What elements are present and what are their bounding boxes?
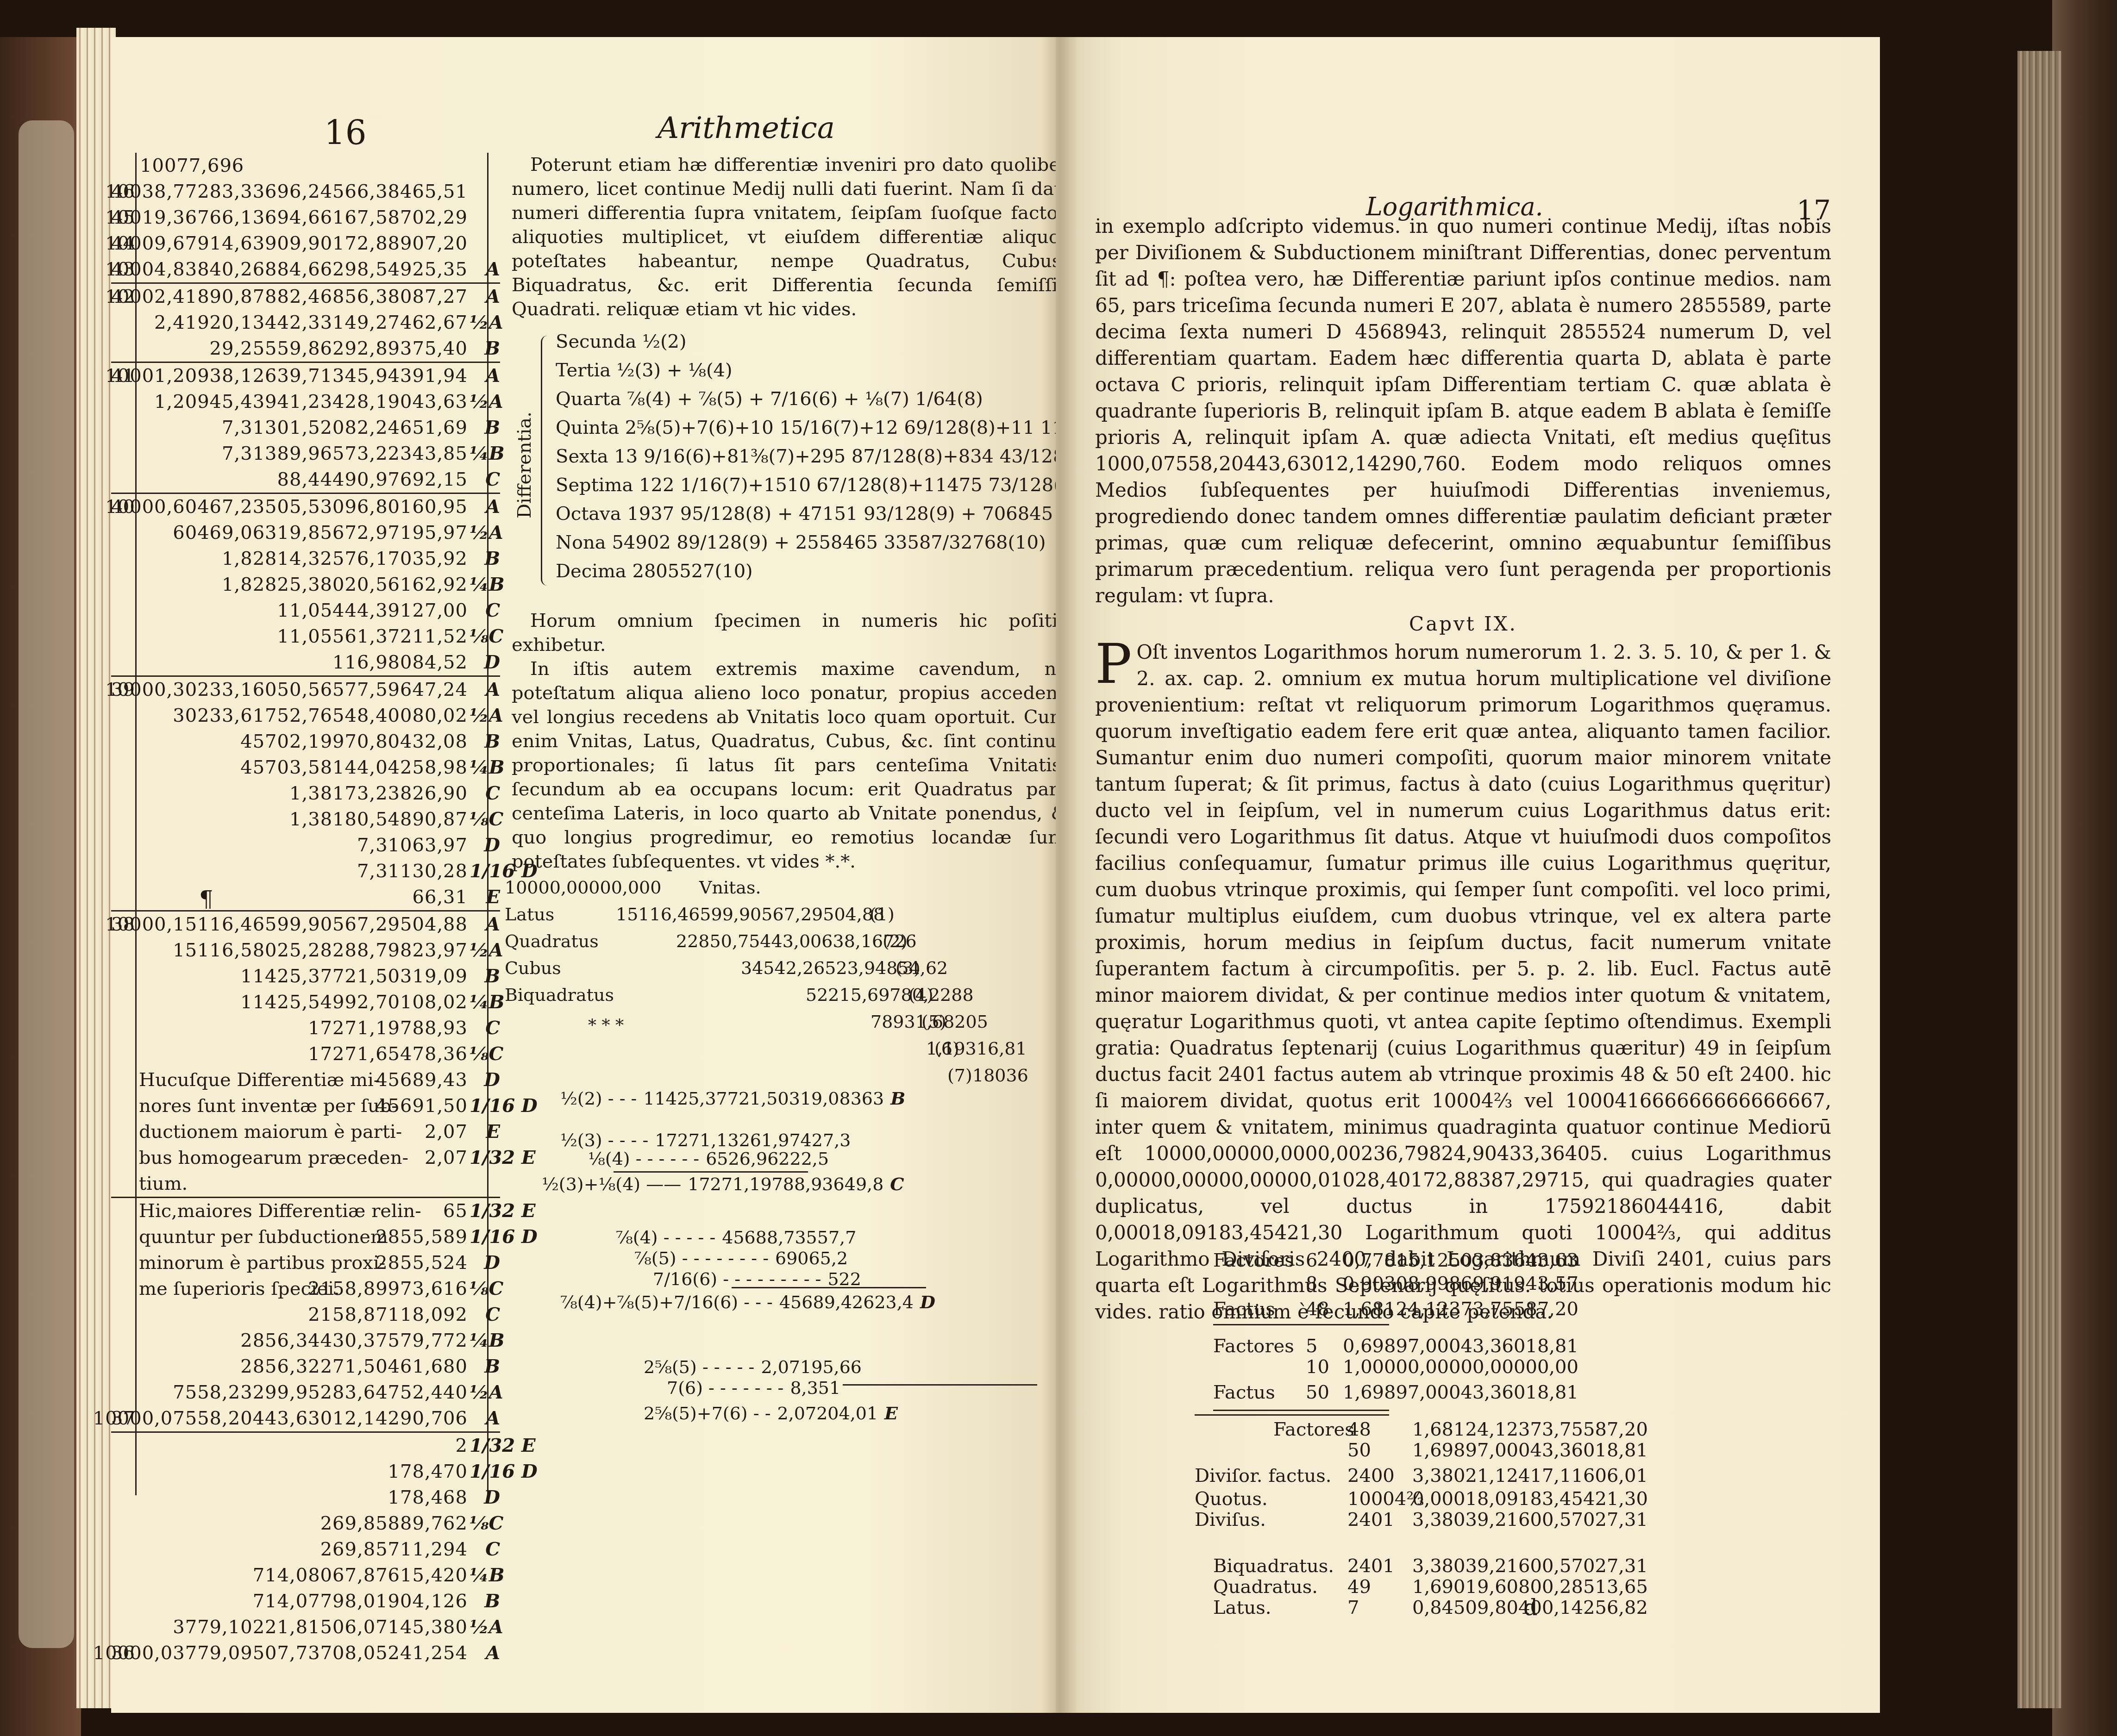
- paragraph-2: Oſt inventos Logarithmos horum numerorum…: [1095, 641, 1831, 1323]
- row-value: 10000,60467,23505,53096,80160,95: [105, 494, 468, 520]
- table-row: 3710000,07558,20443,63012,14290,706A: [111, 1405, 500, 1431]
- log-number: 50: [1347, 1440, 1371, 1461]
- row-value: 65: [443, 1198, 468, 1224]
- row-label: ⅛C: [470, 1511, 500, 1536]
- log-label: Quotus.: [1195, 1488, 1268, 1510]
- calc-expr: ½(3) - - - -: [560, 1130, 648, 1150]
- running-head-left: Arithmetica: [658, 111, 835, 145]
- row-value: 30233,61752,76548,40080,02: [173, 703, 468, 729]
- intro-paragraph: Poterunt etiam hæ differentiæ inveniri p…: [512, 153, 1067, 321]
- row-label: A: [470, 284, 500, 310]
- log-number: 49: [1347, 1576, 1371, 1598]
- row-label: B: [470, 963, 500, 989]
- differences-table: 10077,6964610038,77283,33696,24566,38465…: [111, 153, 500, 1666]
- page-number-left: 16: [324, 113, 367, 152]
- power-value: 52215,69780,2288: [806, 985, 974, 1005]
- drop-cap: P: [1095, 641, 1132, 687]
- log-number: 5: [1306, 1336, 1317, 1357]
- row-note: Hic,maiores Differentiæ relin-: [139, 1198, 421, 1224]
- row-label: D: [470, 1250, 500, 1276]
- row-label: 1/16 D: [470, 1093, 500, 1119]
- row-value: 1,38180,54890,87: [289, 806, 468, 832]
- calculation-row: 7/16(6) - - - - - - - - -522: [653, 1268, 874, 1289]
- table-row: 4010000,60467,23505,53096,80160,95A: [111, 493, 500, 520]
- calc-label: B: [890, 1088, 905, 1109]
- row-label: A: [470, 912, 500, 937]
- calculation-row: ⅞(5) - - - - - - - -69065,2: [634, 1248, 861, 1268]
- log-value: 1,68124,12373,75587,20: [1412, 1419, 1648, 1440]
- row-label: B: [470, 729, 500, 755]
- table-row: 269,85711,294C: [111, 1536, 500, 1562]
- calc-expr: ⅞(4)+⅞(5)+7/16(6) - - -: [560, 1292, 773, 1312]
- row-label: ¼B: [470, 572, 500, 598]
- log-label: Quadratus.: [1213, 1576, 1318, 1598]
- power-value: 10000,00000,000: [505, 877, 661, 898]
- row-label: C: [470, 781, 500, 806]
- table-row: 66,31E: [111, 884, 500, 910]
- calc-expr: ½(3)+⅛(4) ——: [542, 1174, 681, 1194]
- row-value: 11425,54992,70108,02: [240, 989, 468, 1015]
- row-value: 2158,87118,092: [308, 1302, 468, 1328]
- power-name: Biquadratus: [505, 985, 614, 1005]
- book-cover-left: [0, 37, 81, 1736]
- log-value: 1,69897,00043,36018,81: [1343, 1382, 1578, 1403]
- row-label: D: [470, 1485, 500, 1511]
- in-istis-text: In iſtis autem extremis maxime cavendum,…: [512, 657, 1067, 874]
- row-label: A: [470, 256, 500, 282]
- power-name: Quadratus: [505, 931, 599, 951]
- book-cover-right: [2052, 0, 2117, 1736]
- table-row: 88,44490,97692,15C: [111, 467, 500, 493]
- calculation-row: ½(3)+⅛(4) ——17271,19788,93649,8C: [542, 1174, 911, 1194]
- row-label: ⅛C: [470, 1276, 500, 1302]
- sum-rule: [1213, 1410, 1389, 1411]
- row-value: 178,468: [388, 1485, 468, 1511]
- table-row: 4610038,77283,33696,24566,38465,51: [111, 179, 500, 205]
- signature-mark: d: [1523, 1595, 1538, 1621]
- formula-row: Nona 54902 89/128(9) + 2558465 33587/327…: [556, 532, 1046, 553]
- row-value: 45702,19970,80432,08: [240, 729, 468, 755]
- row-value: 7,31301,52082,24651,69: [222, 415, 468, 441]
- asterisks: * * *: [588, 1016, 624, 1035]
- table-row: quuntur per ſubductionem2855,5891/16 D: [111, 1224, 500, 1250]
- power-name: Cubus: [505, 958, 561, 978]
- formula-row: Tertia ½(3) + ⅛(4): [556, 360, 733, 381]
- row-value: 2856,32271,50461,680: [240, 1354, 468, 1380]
- table-row: 3910000,30233,16050,56577,59647,24A: [111, 675, 500, 703]
- sum-rule: [843, 1384, 1037, 1386]
- calculation-row: 7(6) - - - - - - -8,351: [667, 1377, 853, 1398]
- row-label: C: [470, 1015, 500, 1041]
- calc-expr: 7(6) - - - - - - -: [667, 1378, 783, 1398]
- row-value: 10000,15116,46599,90567,29504,88: [105, 912, 468, 937]
- differentia-formulas: Differentia. Secunda ½(2) Tertia ½(3) + …: [514, 331, 1070, 590]
- calc-expr: 2⅝(5) - - - - -: [644, 1357, 754, 1377]
- row-value: 714,08067,87615,420: [253, 1562, 468, 1588]
- row-label: ⅛C: [470, 806, 500, 832]
- row-value: 17271,19788,93: [308, 1015, 468, 1041]
- row-value: 7,31130,28: [357, 858, 468, 884]
- row-label: C: [470, 598, 500, 624]
- sum-rule: [614, 1171, 808, 1173]
- table-row: 2856,34430,37579,772¼B: [111, 1328, 500, 1354]
- table-row: 11425,37721,50319,09B: [111, 963, 500, 989]
- table-row: 714,07798,01904,126B: [111, 1588, 500, 1614]
- table-row: 4510019,36766,13694,66167,58702,29: [111, 205, 500, 231]
- formula-row: Decima 2805527(10): [556, 561, 753, 582]
- log-number: 6: [1306, 1250, 1317, 1271]
- calc-expr: ⅛(4) - - - - - -: [588, 1149, 699, 1169]
- row-label: A: [470, 1640, 500, 1666]
- log-value: 0,90308,99869,91943,57: [1343, 1273, 1578, 1294]
- table-row: 2856,32271,50461,680B: [111, 1354, 500, 1380]
- table-row: 7558,23299,95283,64752,440½A: [111, 1380, 500, 1405]
- calculation-row: 2⅝(5) - - - - -2,07195,66: [644, 1356, 875, 1377]
- calc-expr: ½(2) - - -: [560, 1088, 637, 1109]
- calc-expr: ⅞(5) - - - - - - - -: [634, 1248, 769, 1268]
- row-value: 15116,58025,28288,79823,97: [173, 937, 468, 963]
- row-value: 45691,50: [376, 1093, 468, 1119]
- table-row: minorum è partibus proxi-2855,524D: [111, 1250, 500, 1276]
- table-row: 11425,54992,70108,02¼B: [111, 989, 500, 1015]
- row-value: 66,31: [412, 884, 468, 910]
- table-row: Hic,maiores Differentiæ relin-651/32 E: [111, 1197, 500, 1224]
- calc-value: 2,07195,66: [761, 1357, 862, 1377]
- row-label: A: [470, 494, 500, 520]
- row-label: ½A: [470, 310, 500, 336]
- log-number: 2401: [1347, 1509, 1395, 1530]
- power-index: (4): [908, 985, 933, 1005]
- formula-row: Quarta ⅞(4) + ⅞(5) + 7/16(6) + ⅛(7) 1/64…: [556, 388, 983, 410]
- table-row: 178,468D: [111, 1485, 500, 1511]
- row-note: bus homogearum præceden-: [139, 1145, 408, 1171]
- table-row: 60469,06319,85672,97195,97½A: [111, 520, 500, 546]
- log-label: Factores: [1213, 1250, 1294, 1271]
- row-value: 11425,37721,50319,09: [240, 963, 468, 989]
- row-label: ½A: [470, 703, 500, 729]
- power-value: 22850,75443,00638,16726: [676, 931, 917, 951]
- log-number: 2401: [1347, 1555, 1395, 1577]
- row-value: 10038,77283,33696,24566,38465,51: [105, 179, 468, 205]
- row-value: 2,41920,13442,33149,27462,67: [154, 310, 468, 336]
- paper-patch: [19, 120, 74, 1648]
- row-label: ½A: [470, 937, 500, 963]
- calc-value: 522: [827, 1269, 861, 1289]
- table-row: 15116,58025,28288,79823,97½A: [111, 937, 500, 963]
- row-value: 7558,23299,95283,64752,440: [173, 1380, 468, 1405]
- table-row: 17271,19788,93C: [111, 1015, 500, 1041]
- row-label: ½A: [470, 1380, 500, 1405]
- row-label: ¼B: [470, 1562, 500, 1588]
- row-label: ¼B: [470, 755, 500, 781]
- row-label: ⅛C: [470, 1041, 500, 1067]
- row-value: 10000,03779,09507,73708,05241,254: [93, 1640, 468, 1666]
- row-label: E: [470, 884, 500, 910]
- table-row: me ſuperioris ſpeciei.2158,89973,616⅛C: [111, 1276, 500, 1302]
- row-label: C: [470, 1536, 500, 1562]
- table-row: 17271,65478,36⅛C: [111, 1041, 500, 1067]
- log-number: 48: [1306, 1299, 1329, 1320]
- formula-row: Secunda ½(2): [556, 331, 687, 352]
- calculation-row: ⅛(4) - - - - - -6526,96222,5: [588, 1148, 842, 1169]
- calc-value: 11425,37721,50319,08363: [643, 1088, 884, 1109]
- log-value: 0,69897,00043,36018,81: [1343, 1336, 1578, 1357]
- table-row: 1,38180,54890,87⅛C: [111, 806, 500, 832]
- row-value: 269,85889,762: [320, 1511, 468, 1536]
- row-label: B: [470, 546, 500, 572]
- table-row: nores ſunt inventæ per ſub-45691,501/16 …: [111, 1093, 500, 1119]
- row-label: C: [470, 467, 500, 493]
- row-note: Hucuſque Differentiæ mi-: [139, 1067, 380, 1093]
- row-label: ¼B: [470, 441, 500, 467]
- calc-value: 69065,2: [775, 1248, 848, 1268]
- row-value: 10009,67914,63909,90172,88907,20: [105, 231, 468, 256]
- row-value: 10077,696: [140, 153, 244, 179]
- row-note: quuntur per ſubductionem: [139, 1224, 388, 1250]
- row-value: 10004,83840,26884,66298,54925,35: [105, 256, 468, 282]
- table-row: 45703,58144,04258,98¼B: [111, 755, 500, 781]
- row-value: 10002,41890,87882,46856,38087,27: [105, 284, 468, 310]
- row-label: B: [470, 336, 500, 362]
- chapter-title: Capvt IX.: [1095, 611, 1831, 637]
- row-label: E: [470, 1119, 500, 1145]
- row-value: 29,25559,86292,89375,40: [210, 336, 468, 362]
- row-value: 17271,65478,36: [308, 1041, 468, 1067]
- row-value: 714,07798,01904,126: [253, 1588, 468, 1614]
- log-label: Biquadratus.: [1213, 1555, 1334, 1577]
- calc-value: 45689,42623,4: [779, 1292, 914, 1312]
- row-value: 10000,30233,16050,56577,59647,24: [105, 677, 468, 703]
- row-label: 1/32 E: [470, 1433, 500, 1459]
- log-number: 8: [1306, 1273, 1317, 1294]
- calculation-row: 2⅝(5)+7(6) - -2,07204,01E: [644, 1403, 904, 1424]
- row-label: B: [470, 1588, 500, 1614]
- power-name: Latus: [505, 904, 554, 924]
- log-label: Diviſor. factus.: [1195, 1465, 1331, 1486]
- table-row: 3810000,15116,46599,90567,29504,88A: [111, 910, 500, 937]
- calc-value: 8,351: [790, 1378, 840, 1398]
- differentia-label: Differentia.: [514, 368, 542, 562]
- row-value: 2,07: [425, 1119, 468, 1145]
- row-label: A: [470, 1405, 500, 1431]
- row-label: ¼B: [470, 989, 500, 1015]
- table-row: 21/32 E: [111, 1431, 500, 1459]
- row-label: 1/32 E: [470, 1145, 500, 1171]
- row-label: B: [470, 1354, 500, 1380]
- brace: [541, 336, 551, 586]
- calculation-row: ⅞(4)+⅞(5)+7/16(6) - - -45689,42623,4D: [560, 1292, 942, 1312]
- table-row: 1,82814,32576,17035,92B: [111, 546, 500, 572]
- row-value: 1,38173,23826,90: [289, 781, 468, 806]
- row-value: 7,31063,97: [357, 832, 468, 858]
- row-value: 116,98084,52: [332, 649, 468, 675]
- table-row: 3610000,03779,09507,73708,05241,254A: [111, 1640, 500, 1666]
- table-row: 178,4701/16 D: [111, 1459, 500, 1485]
- row-value: 2855,524: [376, 1250, 468, 1276]
- log-value: 0,77815,12503,83643,63: [1343, 1250, 1578, 1271]
- row-value: 60469,06319,85672,97195,97: [173, 520, 468, 546]
- gutter-shadow: [1042, 37, 1079, 1713]
- page-edges-right: [2017, 51, 2061, 1708]
- row-label: ½A: [470, 520, 500, 546]
- row-note: minorum è partibus proxi-: [139, 1250, 385, 1276]
- log-value: 3,38039,21600,57027,31: [1412, 1555, 1648, 1577]
- calc-value: 17271,19788,93649,8: [688, 1174, 883, 1194]
- row-value: 45689,43: [376, 1067, 468, 1093]
- row-value: 10000,07558,20443,63012,14290,706: [93, 1405, 468, 1431]
- table-row: 269,85889,762⅛C: [111, 1511, 500, 1536]
- calc-expr: ⅞(4) - - - - -: [616, 1227, 715, 1248]
- calculation-row: ½(3) - - - -17271,13261,97427,3: [560, 1130, 864, 1150]
- row-value: 10019,36766,13694,66167,58702,29: [105, 205, 468, 231]
- specimen-paragraphs: Horum omnium ſpecimen in numeris hic poſ…: [512, 609, 1067, 874]
- log-label: Factus: [1213, 1382, 1275, 1403]
- table-row: 3779,10221,81506,07145,380½A: [111, 1614, 500, 1640]
- row-label: ½A: [470, 389, 500, 415]
- row-value: 2855,589: [376, 1224, 468, 1250]
- table-row: 7,31301,52082,24651,69B: [111, 415, 500, 441]
- row-label: C: [470, 1302, 500, 1328]
- horum-text: Horum omnium ſpecimen in numeris hic poſ…: [512, 609, 1067, 657]
- row-value: 269,85711,294: [320, 1536, 468, 1562]
- sum-rule: [1213, 1324, 1389, 1325]
- table-row: 10077,696: [111, 153, 500, 179]
- table-row: 7,31130,281/16 D: [111, 858, 500, 884]
- table-row: 11,05444,39127,00C: [111, 598, 500, 624]
- row-label: 1/16 D: [470, 1224, 500, 1250]
- row-note: tium.: [139, 1171, 188, 1197]
- calculation-row: ⅞(4) - - - - -45688,73557,7: [616, 1227, 869, 1248]
- row-label: B: [470, 415, 500, 441]
- paragraph-2-wrap: POſt inventos Logarithmos horum numeroru…: [1095, 639, 1831, 1325]
- row-label: 1/16 D: [470, 1459, 500, 1485]
- sum-rule: [1195, 1414, 1389, 1416]
- table-row: 1,20945,43941,23428,19043,63½A: [111, 389, 500, 415]
- table-row: 714,08067,87615,420¼B: [111, 1562, 500, 1588]
- log-number: 50: [1306, 1382, 1329, 1403]
- row-value: 7,31389,96573,22343,85: [222, 441, 468, 467]
- table-row: Hucuſque Differentiæ mi-45689,43D: [111, 1067, 500, 1093]
- table-row: bus homogearum præceden-2,071/32 E: [111, 1145, 500, 1171]
- log-value: 3,38039,21600,57027,31: [1412, 1509, 1648, 1530]
- log-label: Factores: [1273, 1419, 1354, 1440]
- table-row: tium.: [111, 1171, 500, 1197]
- log-number: 7: [1347, 1597, 1359, 1618]
- row-value: 11,05444,39127,00: [277, 598, 468, 624]
- table-row: 29,25559,86292,89375,40B: [111, 336, 500, 362]
- row-value: 2856,34430,37579,772: [240, 1328, 468, 1354]
- calc-value: 6526,96222,5: [706, 1149, 829, 1169]
- row-value: 1,82814,32576,17035,92: [222, 546, 468, 572]
- log-value: 1,68124,12373,75587,20: [1343, 1299, 1578, 1320]
- table-row: 30233,61752,76548,40080,02½A: [111, 703, 500, 729]
- row-value: 3779,10221,81506,07145,380: [173, 1614, 468, 1640]
- power-note: Vnitas.: [699, 877, 761, 898]
- row-label: ½A: [470, 1614, 500, 1640]
- calc-expr: 2⅝(5)+7(6) - -: [644, 1403, 771, 1424]
- calc-value: 45688,73557,7: [722, 1227, 856, 1248]
- table-row: 4410009,67914,63909,90172,88907,20: [111, 231, 500, 256]
- power-index: (5): [921, 1012, 946, 1032]
- log-value: 3,38021,12417,11606,01: [1412, 1465, 1648, 1486]
- power-index: (2): [883, 931, 908, 951]
- row-label: ⅛C: [470, 624, 500, 649]
- table-row: 45702,19970,80432,08B: [111, 729, 500, 755]
- table-row: 11,05561,37211,52⅛C: [111, 624, 500, 649]
- power-index: (1): [870, 904, 895, 924]
- log-label: Factus: [1213, 1299, 1275, 1320]
- paragraph-1: in exemplo adſcripto videmus. in quo num…: [1095, 213, 1831, 609]
- log-label: Latus.: [1213, 1597, 1271, 1618]
- sum-rule: [732, 1287, 926, 1288]
- table-row: ductionem maiorum è parti-2,07E: [111, 1119, 500, 1145]
- pilcrow-mark: ¶: [199, 887, 213, 912]
- row-value: 10001,20938,12639,71345,94391,94: [105, 363, 468, 389]
- log-number: 2400: [1347, 1465, 1395, 1486]
- table-row: 7,31063,97D: [111, 832, 500, 858]
- power-index: (6): [934, 1038, 959, 1059]
- calc-label: C: [890, 1174, 904, 1194]
- row-value: 2158,89973,616: [308, 1276, 468, 1302]
- power-index: (7): [947, 1065, 972, 1086]
- table-row: 1,82825,38020,56162,92¼B: [111, 572, 500, 598]
- row-label: 1/32 E: [470, 1198, 500, 1224]
- row-value: 1,20945,43941,23428,19043,63: [154, 389, 468, 415]
- right-body-text: in exemplo adſcripto videmus. in quo num…: [1095, 213, 1831, 1325]
- log-label: Diviſus.: [1195, 1509, 1266, 1530]
- table-row: 116,98084,52D: [111, 649, 500, 675]
- log-value: 1,69897,00043,36018,81: [1412, 1440, 1648, 1461]
- table-row: 2158,87118,092C: [111, 1302, 500, 1328]
- log-label: Factores: [1213, 1336, 1294, 1357]
- row-label: A: [470, 363, 500, 389]
- log-value: 1,00000,00000,00000,00: [1343, 1356, 1578, 1378]
- log-number: 48: [1347, 1419, 1371, 1440]
- table-row: 1,38173,23826,90C: [111, 781, 500, 806]
- calc-label: D: [920, 1292, 935, 1312]
- row-value: 88,44490,97692,15: [277, 467, 468, 493]
- row-note: ductionem maiorum è parti-: [139, 1119, 402, 1145]
- row-note: nores ſunt inventæ per ſub-: [139, 1093, 398, 1119]
- row-value: 2,07: [425, 1145, 468, 1171]
- power-index: (3): [896, 958, 921, 978]
- row-value: 45703,58144,04258,98: [240, 755, 468, 781]
- row-value: 178,470: [388, 1459, 468, 1485]
- table-row: 4210002,41890,87882,46856,38087,27A: [111, 282, 500, 310]
- power-value: 18036: [972, 1065, 1028, 1086]
- row-label: D: [470, 649, 500, 675]
- table-row: 4110001,20938,12639,71345,94391,94A: [111, 362, 500, 389]
- log-value: 0,00018,09183,45421,30: [1412, 1488, 1648, 1510]
- table-row: 2,41920,13442,33149,27462,67½A: [111, 310, 500, 336]
- row-label: 1/16 D: [470, 858, 500, 884]
- intro-text: Poterunt etiam hæ differentiæ inveniri p…: [512, 153, 1067, 321]
- calc-expr: 7/16(6) - - - - - - - - -: [653, 1269, 821, 1289]
- log-number: 10: [1306, 1356, 1329, 1378]
- calculation-row: ½(2) - - -11425,37721,50319,08363B: [560, 1088, 912, 1109]
- row-label: D: [470, 1067, 500, 1093]
- calc-label: E: [884, 1403, 898, 1424]
- row-label: A: [470, 677, 500, 703]
- calc-value: 17271,13261,97427,3: [655, 1130, 851, 1150]
- row-value: 2: [456, 1433, 468, 1459]
- calc-value: 2,07204,01: [777, 1403, 878, 1424]
- row-label: D: [470, 832, 500, 858]
- power-value: 15116,46599,90567,29504,88: [616, 904, 884, 924]
- row-value: 11,05561,37211,52: [277, 624, 468, 649]
- table-row: 7,31389,96573,22343,85¼B: [111, 441, 500, 467]
- table-row: 4310004,83840,26884,66298,54925,35A: [111, 256, 500, 282]
